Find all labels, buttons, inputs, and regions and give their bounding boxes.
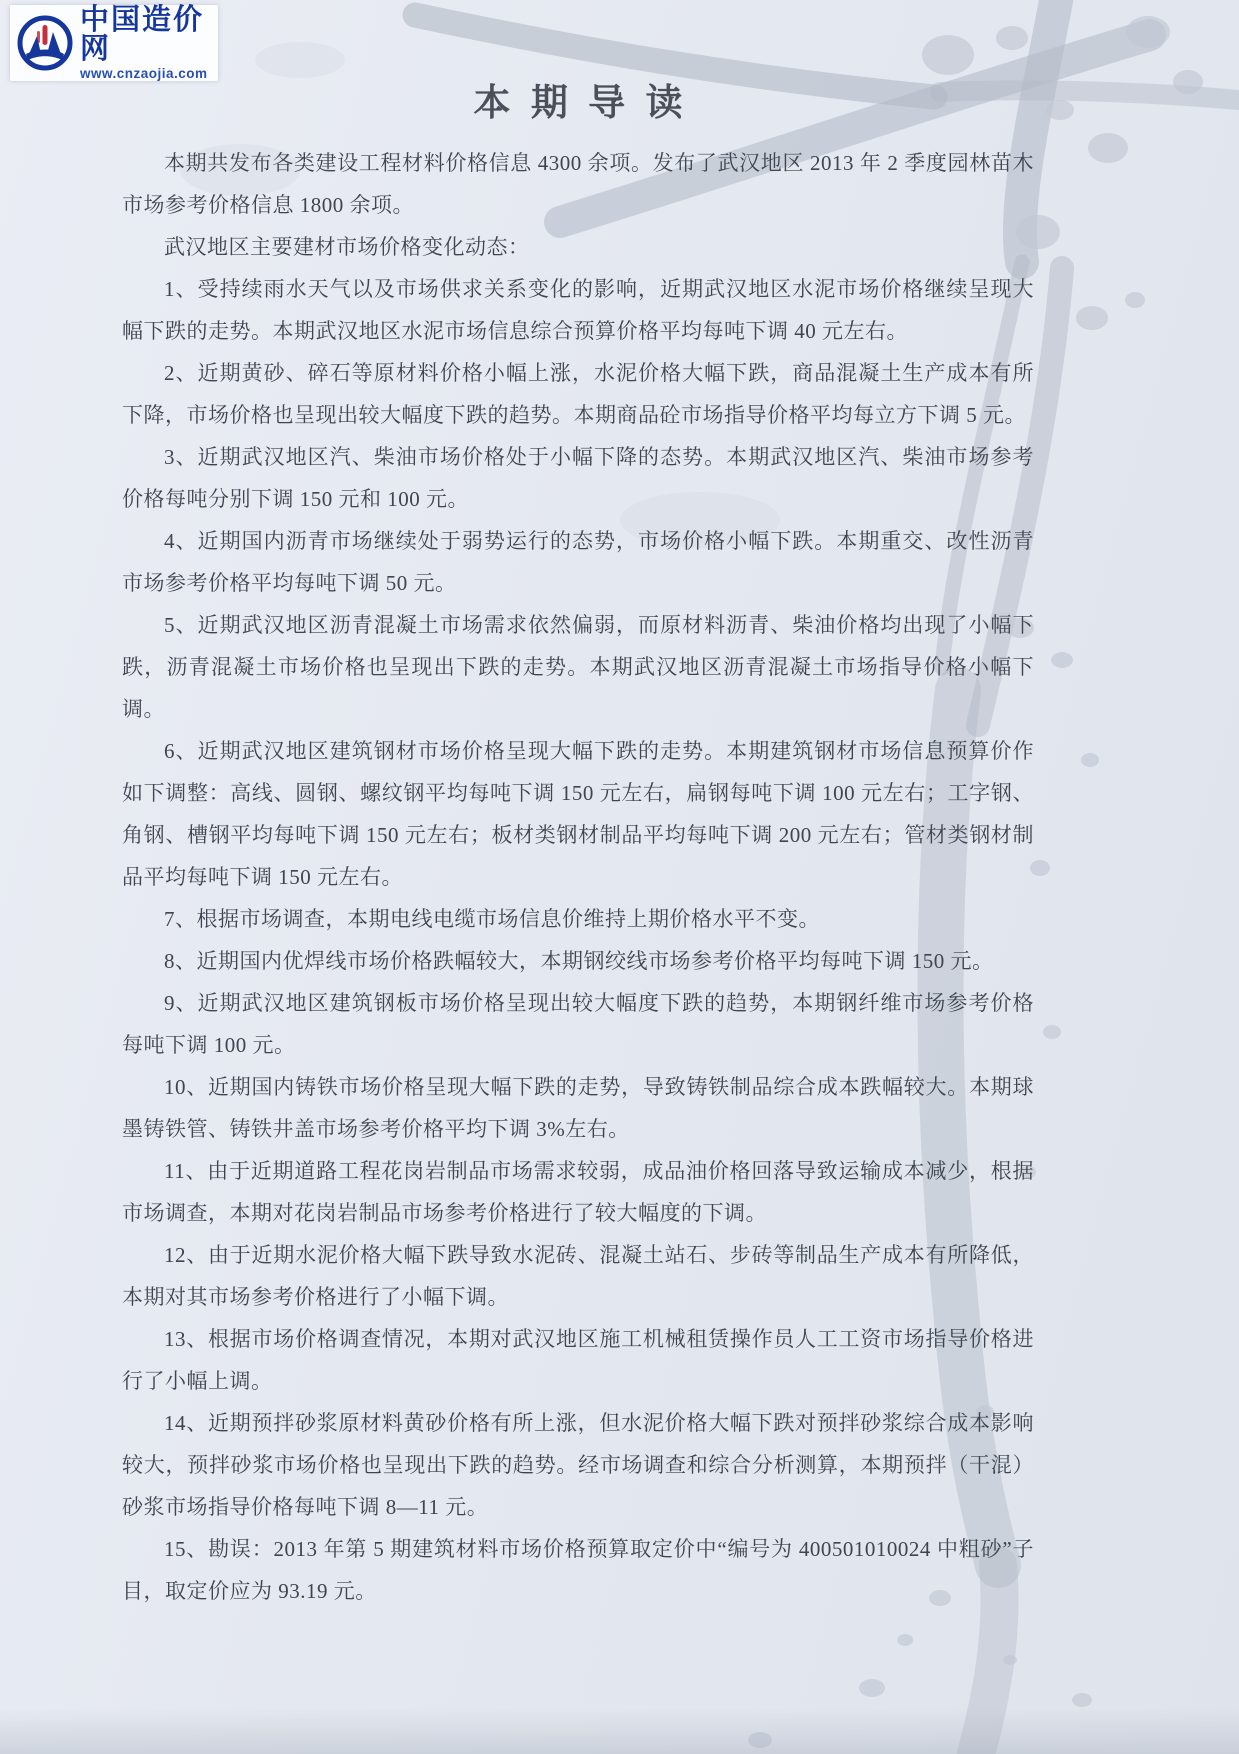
list-item-12: 12、由于近期水泥价格大幅下跌导致水泥砖、混凝土站石、步砖等制品生产成本有所降低… xyxy=(122,1234,1034,1318)
page-title: 本期导读 xyxy=(122,78,1034,130)
list-item-9: 9、近期武汉地区建筑钢板市场价格呈现出较大幅度下跌的趋势，本期钢纤维市场参考价格… xyxy=(122,982,1034,1066)
site-logo: 中国造价网 www.cnzaojia.com xyxy=(10,5,218,81)
logo-site-name: 中国造价网 xyxy=(80,6,212,64)
list-item-5: 5、近期武汉地区沥青混凝土市场需求依然偏弱，而原材料沥青、柴油价格均出现了小幅下… xyxy=(122,604,1034,730)
list-item-2: 2、近期黄砂、碎石等原材料价格小幅上涨，水泥价格大幅下跌，商品混凝土生产成本有所… xyxy=(122,352,1034,436)
list-item-7: 7、根据市场调查，本期电线电缆市场信息价维持上期价格水平不变。 xyxy=(122,898,1034,940)
list-item-6: 6、近期武汉地区建筑钢材市场价格呈现大幅下跌的走势。本期建筑钢材市场信息预算价作… xyxy=(122,730,1034,898)
list-item-3: 3、近期武汉地区汽、柴油市场价格处于小幅下降的态势。本期武汉地区汽、柴油市场参考… xyxy=(122,436,1034,520)
list-item-14: 14、近期预拌砂浆原材料黄砂价格有所上涨，但水泥价格大幅下跌对预拌砂浆综合成本影… xyxy=(122,1402,1034,1528)
list-item-4: 4、近期国内沥青市场继续处于弱势运行的态势，市场价格小幅下跌。本期重交、改性沥青… xyxy=(122,520,1034,604)
logo-site-url: www.cnzaojia.com xyxy=(80,67,212,81)
lead-paragraph: 本期共发布各类建设工程材料价格信息 4300 余项。发布了武汉地区 2013 年… xyxy=(122,142,1034,226)
list-item-10: 10、近期国内铸铁市场价格呈现大幅下跌的走势，导致铸铁制品综合成本跌幅较大。本期… xyxy=(122,1066,1034,1150)
list-item-15: 15、勘误：2013 年第 5 期建筑材料市场价格预算取定价中“编号为 4005… xyxy=(122,1528,1034,1612)
document-content: 本期导读 本期共发布各类建设工程材料价格信息 4300 余项。发布了武汉地区 2… xyxy=(122,78,1034,1612)
intro-paragraph: 武汉地区主要建材市场价格变化动态： xyxy=(122,226,1034,268)
list-item-8: 8、近期国内优焊线市场价格跌幅较大，本期钢绞线市场参考价格平均每吨下调 150 … xyxy=(122,940,1034,982)
list-item-1: 1、受持续雨水天气以及市场供求关系变化的影响，近期武汉地区水泥市场价格继续呈现大… xyxy=(122,268,1034,352)
cnzaojia-logo-icon xyxy=(16,14,74,72)
list-item-11: 11、由于近期道路工程花岗岩制品市场需求较弱，成品油价格回落导致运输成本减少，根… xyxy=(122,1150,1034,1234)
list-item-13: 13、根据市场价格调查情况，本期对武汉地区施工机械租赁操作员人工工资市场指导价格… xyxy=(122,1318,1034,1402)
scanned-document-page: 中国造价网 www.cnzaojia.com 本期导读 本期共发布各类建设工程材… xyxy=(0,0,1239,1754)
